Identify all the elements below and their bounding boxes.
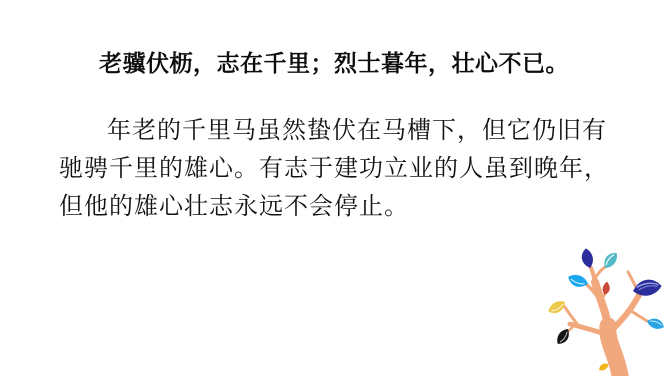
slide-body-text: 年老的千里马虽然蛰伏在马槽下，但它仍旧有 驰骋千里的雄心。有志于建功立业的人虽到… — [59, 112, 629, 226]
slide-title: 老骥伏枥，志在千里；烈士暮年，壮心不已。 — [0, 45, 668, 78]
leaf-light-blue-icon — [645, 316, 665, 331]
body-line-3: 但他的雄心壮志永远不会停止。 — [59, 188, 629, 226]
body-line-1: 年老的千里马虽然蛰伏在马槽下，但它仍旧有 — [59, 112, 629, 150]
body-line-2: 驰骋千里的雄心。有志于建功立业的人虽到晚年， — [59, 150, 629, 188]
leaf-bright-blue-icon — [566, 272, 590, 290]
leaf-red-icon — [602, 281, 611, 295]
tree-decoration-icon — [528, 238, 668, 376]
leaf-falling-gold-icon — [597, 362, 610, 373]
slide-canvas: 老骥伏枥，志在千里；烈士暮年，壮心不已。 年老的千里马虽然蛰伏在马槽下，但它仍旧… — [0, 0, 668, 376]
leaf-navy-top-icon — [580, 247, 595, 269]
